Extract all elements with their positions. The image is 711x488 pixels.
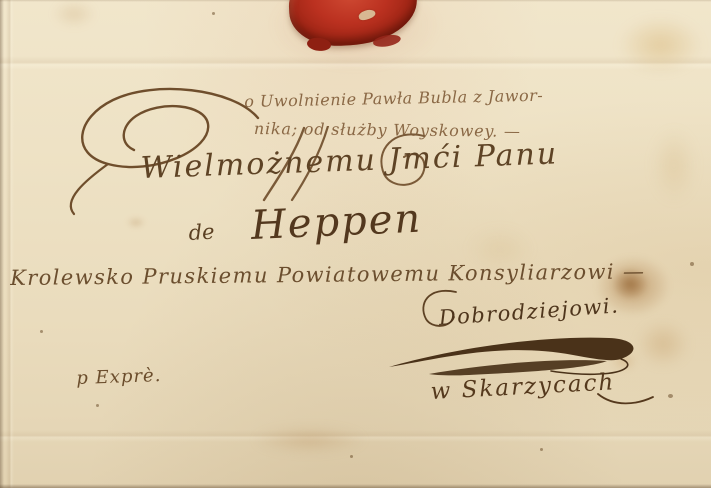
address-honorific: Dobrodziejowi.: [438, 293, 620, 330]
address-office-line: Krolewsko Pruskiemu Powiatowemu Konsylia…: [10, 259, 646, 290]
address-surname: Heppen: [250, 196, 423, 249]
paper-edge-shadow: [0, 0, 4, 488]
red-wax-seal-icon: [287, 0, 419, 48]
paper-stain: [52, 0, 96, 28]
ink-speck: [212, 12, 215, 15]
ink-speck: [540, 448, 543, 451]
ink-speck: [668, 394, 673, 398]
paper-stain: [126, 216, 146, 229]
ink-speck: [350, 455, 353, 458]
vertical-fold-crease: [6, 0, 14, 488]
ink-speck: [40, 330, 43, 333]
paper-stain: [252, 426, 367, 454]
letter-cover-scan: o Uwolnienie Pawła Bubla z Jawor- nika; …: [0, 0, 711, 488]
destination-place: w Skarzycach: [430, 369, 616, 405]
docket-annotation-line1: o Uwolnienie Pawła Bubla z Jawor-: [244, 86, 543, 111]
address-name-particle: de: [188, 220, 215, 245]
address-salutation: Wielmożnemu Jmći Panu: [140, 136, 559, 186]
paper-stain: [652, 128, 696, 203]
paper-stain: [618, 16, 703, 74]
paper-stain: [636, 320, 690, 368]
ink-speck: [690, 262, 694, 266]
paper-edge-shadow: [0, 484, 711, 488]
horizontal-fold-crease: [0, 430, 711, 442]
docket-annotation-line2: nika; od służby Woyskowey. —: [254, 119, 521, 141]
delivery-note: p Exprè.: [76, 365, 162, 389]
ink-speck: [96, 404, 99, 407]
